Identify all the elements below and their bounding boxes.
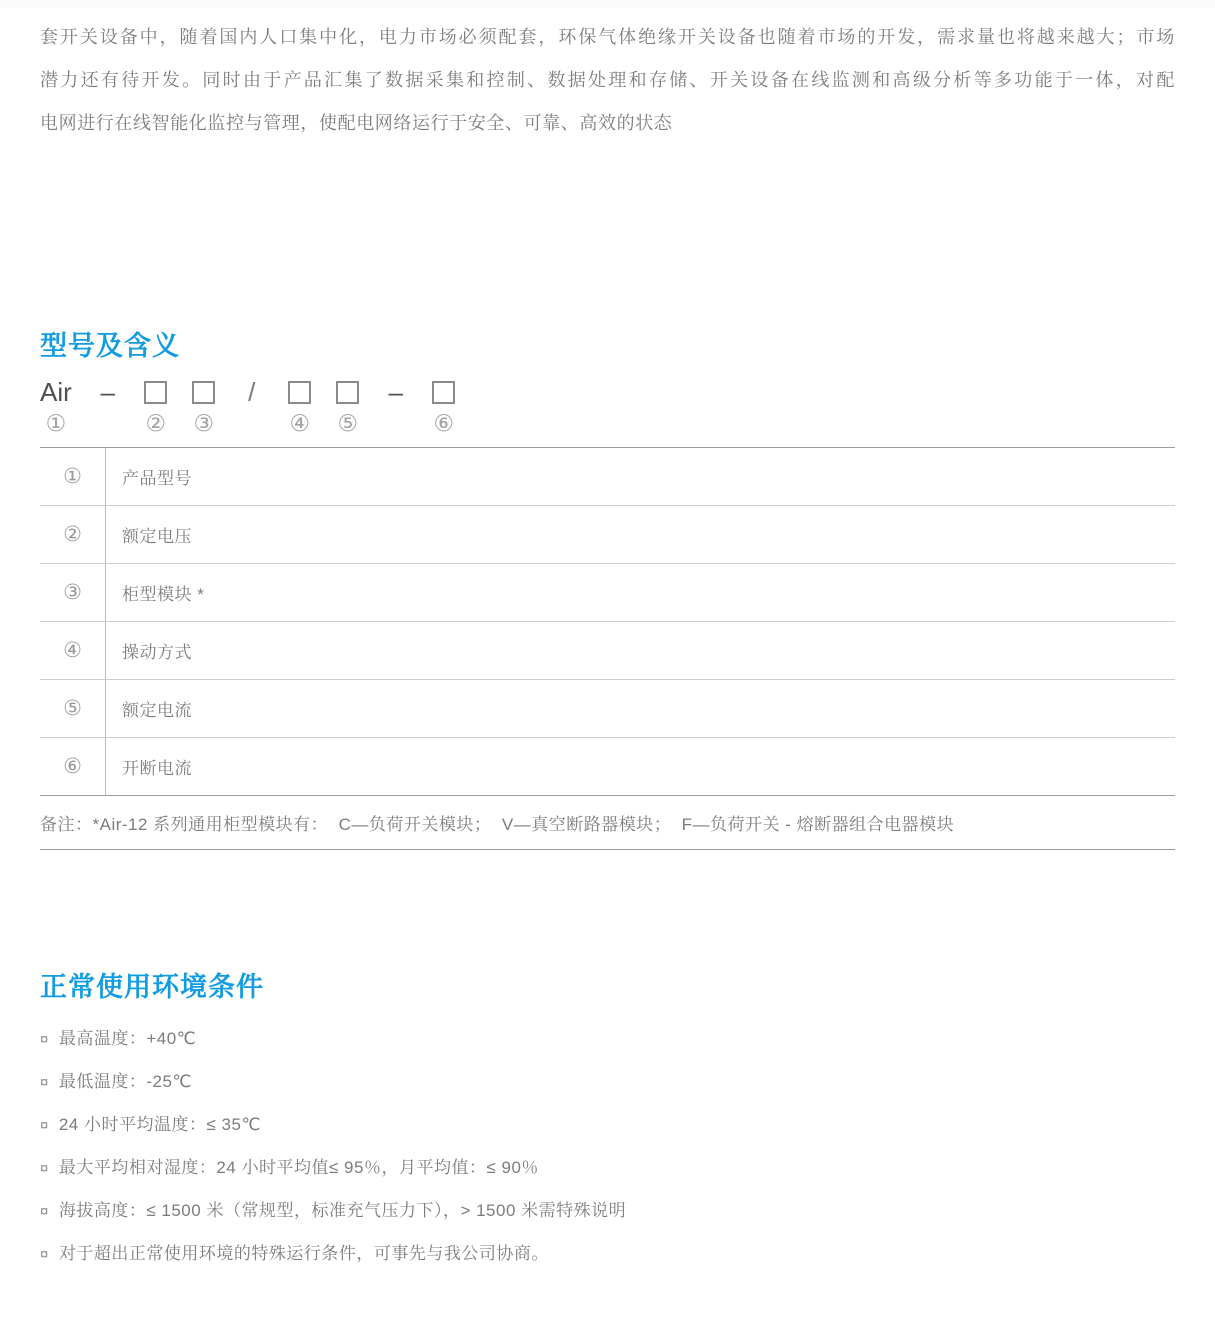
diagram-column-prefix: Air ① — [40, 375, 72, 437]
list-item-text: 最低温度：-25℃ — [59, 1072, 192, 1091]
model-placeholder-box — [144, 381, 167, 404]
dash-symbol: – — [101, 375, 115, 409]
table-row: ⑤ 额定电流 — [40, 680, 1175, 738]
top-strip — [0, 0, 1215, 8]
row-label-cell: 柜型模块 * — [106, 564, 204, 621]
list-item-text: 最高温度：+40℃ — [59, 1029, 196, 1048]
diagram-column-box: ④ — [288, 375, 312, 437]
row-number-cell: ③ — [40, 564, 106, 621]
model-placeholder-box — [288, 381, 311, 404]
model-prefix-text: Air — [40, 375, 72, 409]
bullet-marker-icon: ¤ — [40, 1160, 49, 1177]
table-row: ④ 操动方式 — [40, 622, 1175, 680]
list-item: ¤24 小时平均温度：≤ 35℃ — [40, 1104, 1175, 1147]
list-item-text: 最大平均相对湿度：24 小时平均值≤ 95％，月平均值：≤ 90％ — [59, 1158, 539, 1177]
list-item-text: 24 小时平均温度：≤ 35℃ — [59, 1115, 261, 1134]
diagram-column-box: ⑤ — [336, 375, 360, 437]
circle-spacer — [240, 409, 264, 437]
row-label-cell: 开断电流 — [106, 738, 192, 795]
bullet-marker-icon: ¤ — [40, 1246, 49, 1263]
row-number-cell: ① — [40, 448, 106, 505]
bullet-marker-icon: ¤ — [40, 1117, 49, 1134]
list-item: ¤对于超出正常使用环境的特殊运行条件，可事先与我公司协商。 — [40, 1233, 1175, 1276]
list-item: ¤海拔高度：≤ 1500 米（常规型，标准充气压力下），> 1500 米需特殊说… — [40, 1190, 1175, 1233]
table-row: ① 产品型号 — [40, 448, 1175, 506]
circled-number: ⑥ — [432, 409, 456, 437]
section-heading-environment: 正常使用环境条件 — [40, 970, 1175, 1004]
row-label-cell: 额定电流 — [106, 680, 192, 737]
model-meaning-table: ① 产品型号 ② 额定电压 ③ 柜型模块 * ④ 操动方式 ⑤ 额定电流 ⑥ 开… — [40, 447, 1175, 796]
diagram-column-slash: / — [240, 375, 264, 437]
list-item: ¤最低温度：-25℃ — [40, 1061, 1175, 1104]
row-number-cell: ⑤ — [40, 680, 106, 737]
section-heading-model-meaning: 型号及含义 — [40, 329, 1175, 363]
diagram-column-box: ③ — [192, 375, 216, 437]
list-item: ¤最高温度：+40℃ — [40, 1018, 1175, 1061]
diagram-column-box: ② — [144, 375, 168, 437]
intro-paragraph-line: 套开关设备中，随着国内人口集中化，电力市场必须配套，环保气体绝缘开关设备也随着市… — [40, 16, 1175, 59]
table-row: ⑥ 开断电流 — [40, 738, 1175, 795]
slash-symbol: / — [248, 375, 255, 409]
diagram-column-dash: – — [384, 375, 408, 437]
page-content: 套开关设备中，随着国内人口集中化，电力市场必须配套，环保气体绝缘开关设备也随着市… — [0, 16, 1215, 1276]
row-number-cell: ⑥ — [40, 738, 106, 795]
model-placeholder-box — [192, 381, 215, 404]
row-label-cell: 额定电压 — [106, 506, 192, 563]
model-code-diagram: Air ① – ② ③ / ④ — [40, 375, 1175, 437]
circled-number: ⑤ — [336, 409, 360, 437]
diagram-column-box: ⑥ — [432, 375, 456, 437]
circle-spacer — [384, 409, 408, 437]
row-label-cell: 操动方式 — [106, 622, 192, 679]
model-placeholder-box — [336, 381, 359, 404]
row-number-cell: ④ — [40, 622, 106, 679]
dash-symbol: – — [389, 375, 403, 409]
list-item-text: 对于超出正常使用环境的特殊运行条件，可事先与我公司协商。 — [59, 1244, 549, 1263]
bullet-marker-icon: ¤ — [40, 1031, 49, 1048]
circled-number: ④ — [288, 409, 312, 437]
intro-paragraph: 套开关设备中，随着国内人口集中化，电力市场必须配套，环保气体绝缘开关设备也随着市… — [40, 16, 1175, 145]
circle-spacer — [96, 409, 120, 437]
circled-number: ③ — [192, 409, 216, 437]
table-note: 备注：*Air-12 系列通用柜型模块有： C—负荷开关模块； V—真空断路器模… — [40, 796, 1175, 850]
row-label-cell: 产品型号 — [106, 448, 192, 505]
catalog-document-page: 套开关设备中，随着国内人口集中化，电力市场必须配套，环保气体绝缘开关设备也随着市… — [0, 0, 1215, 1276]
intro-paragraph-line: 电网进行在线智能化监控与管理，使配电网络运行于安全、可靠、高效的状态 — [40, 102, 1175, 145]
list-item: ¤最大平均相对湿度：24 小时平均值≤ 95％，月平均值：≤ 90％ — [40, 1147, 1175, 1190]
bullet-marker-icon: ¤ — [40, 1074, 49, 1091]
diagram-column-dash: – — [96, 375, 120, 437]
list-item-text: 海拔高度：≤ 1500 米（常规型，标准充气压力下），> 1500 米需特殊说明 — [59, 1201, 626, 1220]
intro-paragraph-line: 潜力还有待开发。同时由于产品汇集了数据采集和控制、数据处理和存储、开关设备在线监… — [40, 59, 1175, 102]
row-number-cell: ② — [40, 506, 106, 563]
bullet-marker-icon: ¤ — [40, 1203, 49, 1220]
circled-number: ② — [144, 409, 168, 437]
environment-conditions-list: ¤最高温度：+40℃ ¤最低温度：-25℃ ¤24 小时平均温度：≤ 35℃ ¤… — [40, 1018, 1175, 1276]
table-row: ③ 柜型模块 * — [40, 564, 1175, 622]
circled-number: ① — [44, 409, 68, 437]
model-placeholder-box — [432, 381, 455, 404]
table-row: ② 额定电压 — [40, 506, 1175, 564]
